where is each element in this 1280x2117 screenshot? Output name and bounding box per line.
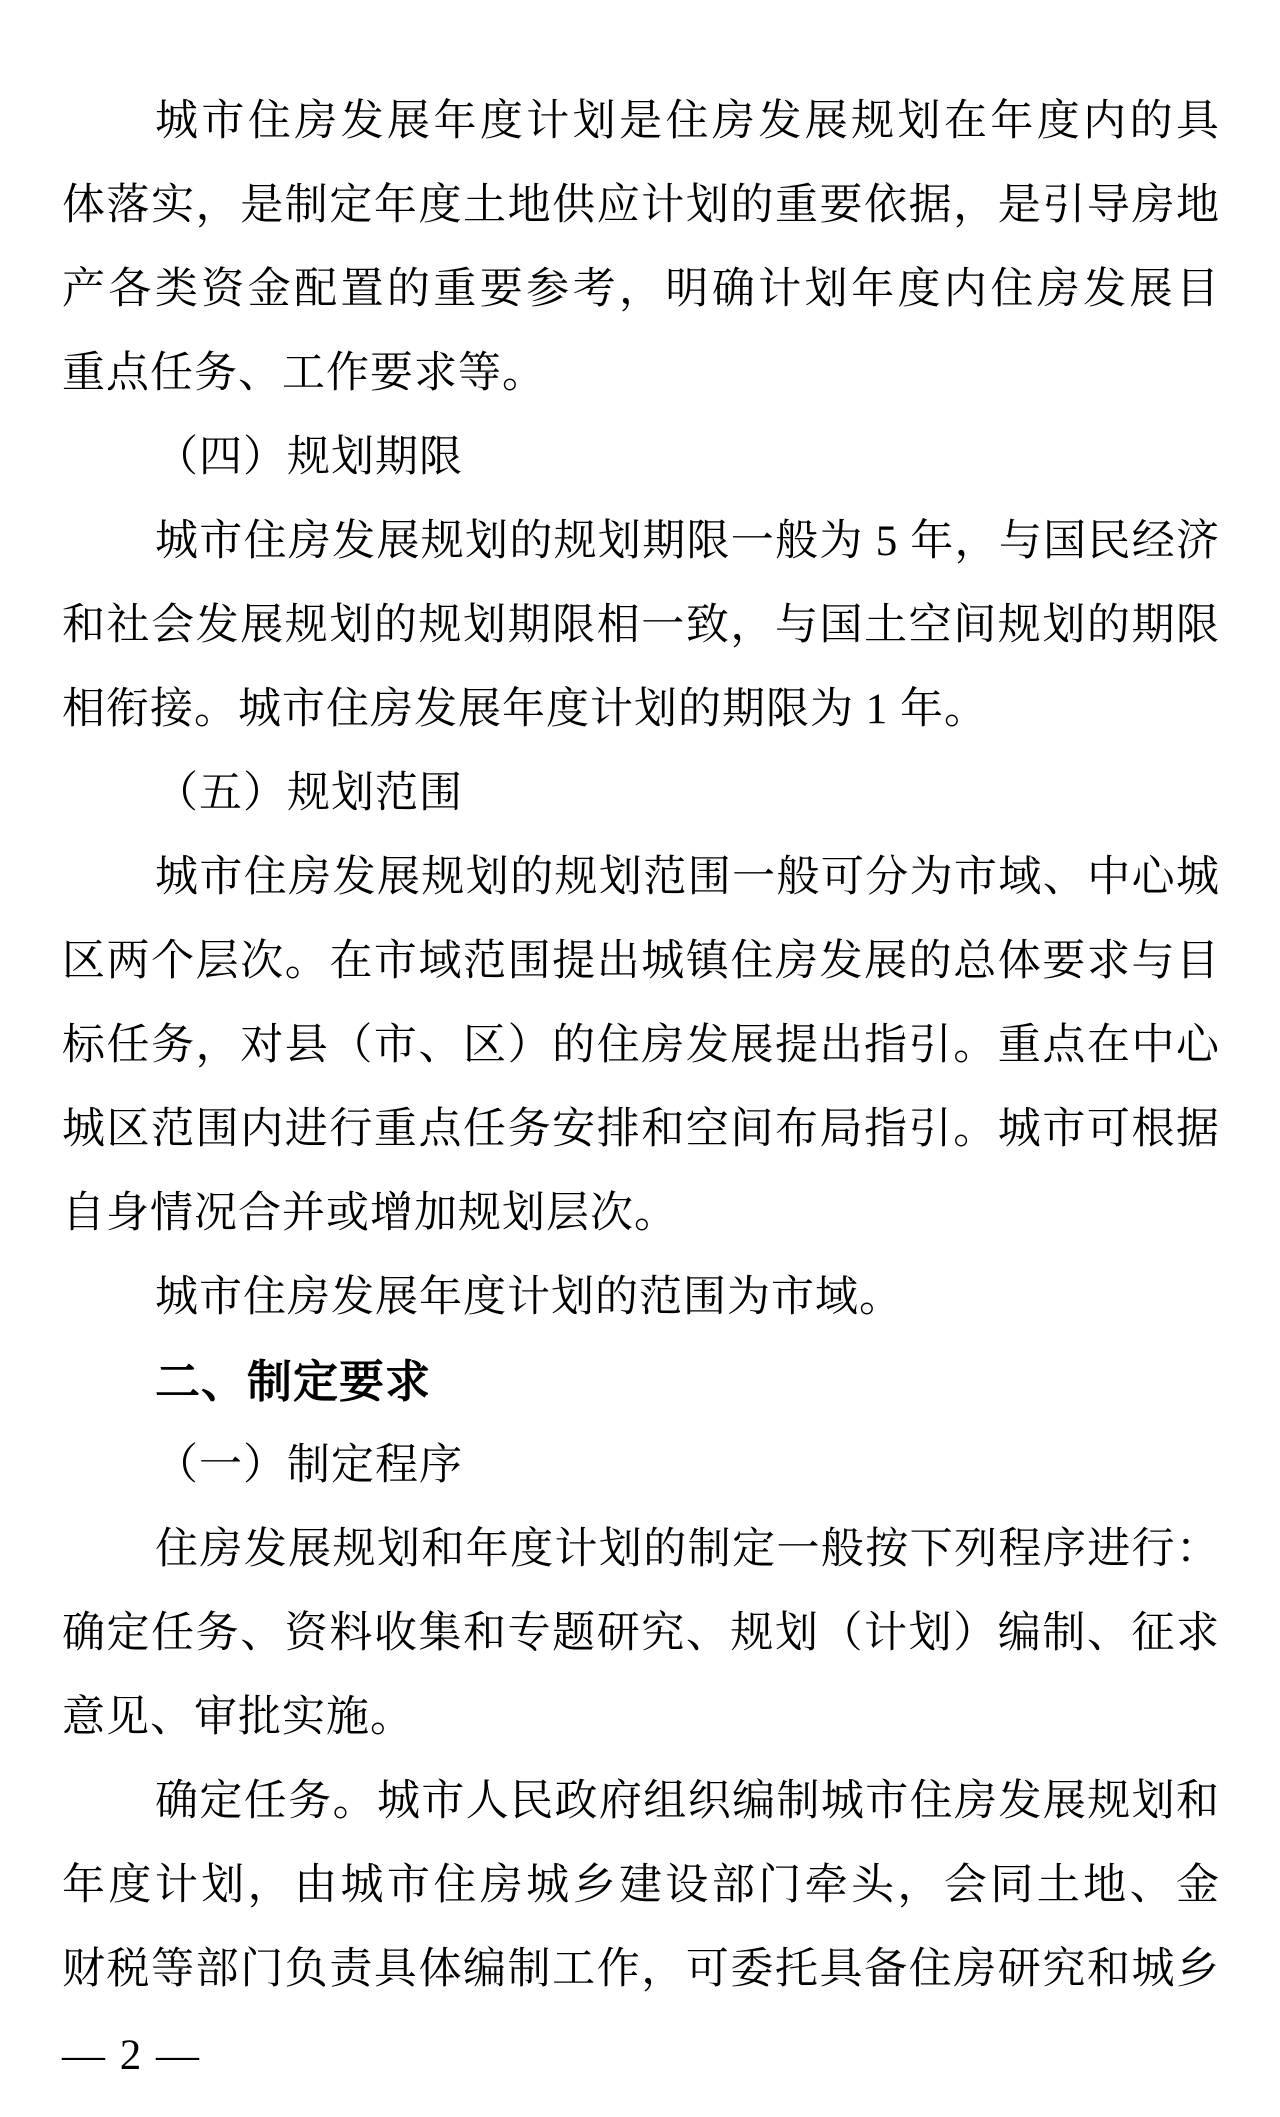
paragraph-line: 住房发展规划和年度计划的制定一般按下列程序进行：: [62, 1508, 1220, 1592]
paragraph-line: 体落实，是制定年度土地供应计划的重要依据，是引导房地: [62, 164, 1220, 248]
paragraph-line: 意见、审批实施。: [62, 1676, 1220, 1760]
paragraph-line: 和社会发展规划的规划期限相一致，与国土空间规划的期限: [62, 584, 1220, 668]
paragraph-line: 确定任务、资料收集和专题研究、规划（计划）编制、征求: [62, 1592, 1220, 1676]
paragraph-line: 产各类资金配置的重要参考，明确计划年度内住房发展目标、: [62, 248, 1220, 332]
paragraph-line: 重点任务、工作要求等。: [62, 332, 1220, 416]
paragraph-line: 相衔接。城市住房发展年度计划的期限为 1 年。: [62, 668, 1220, 752]
paragraph-line: 城市住房发展年度计划的范围为市域。: [62, 1256, 1220, 1340]
paragraph-line: 财税等部门负责具体编制工作，可委托具备住房研究和城乡: [62, 1928, 1220, 2012]
paragraph-line: 标任务，对县（市、区）的住房发展提出指引。重点在中心: [62, 1004, 1220, 1088]
subsection-heading: （五）规划范围: [62, 752, 1220, 836]
paragraph-line: 城市住房发展规划的规划范围一般可分为市域、中心城: [62, 836, 1220, 920]
page-number: — 2 —: [62, 2030, 201, 2082]
paragraph-line: 城区范围内进行重点任务安排和空间布局指引。城市可根据: [62, 1088, 1220, 1172]
subsection-heading: （一）制定程序: [62, 1424, 1220, 1508]
paragraph-line: 确定任务。城市人民政府组织编制城市住房发展规划和: [62, 1760, 1220, 1844]
paragraph-line: 城市住房发展年度计划是住房发展规划在年度内的具: [62, 80, 1220, 164]
document-page: 城市住房发展年度计划是住房发展规划在年度内的具 体落实，是制定年度土地供应计划的…: [0, 0, 1280, 2117]
section-heading: 二、制定要求: [62, 1340, 1220, 1424]
document-body: 城市住房发展年度计划是住房发展规划在年度内的具 体落实，是制定年度土地供应计划的…: [62, 80, 1220, 2012]
paragraph-line: 区两个层次。在市域范围提出城镇住房发展的总体要求与目: [62, 920, 1220, 1004]
subsection-heading: （四）规划期限: [62, 416, 1220, 500]
paragraph-line: 自身情况合并或增加规划层次。: [62, 1172, 1220, 1256]
paragraph-line: 城市住房发展规划的规划期限一般为 5 年，与国民经济: [62, 500, 1220, 584]
paragraph-line: 年度计划，由城市住房城乡建设部门牵头，会同土地、金融、: [62, 1844, 1220, 1928]
